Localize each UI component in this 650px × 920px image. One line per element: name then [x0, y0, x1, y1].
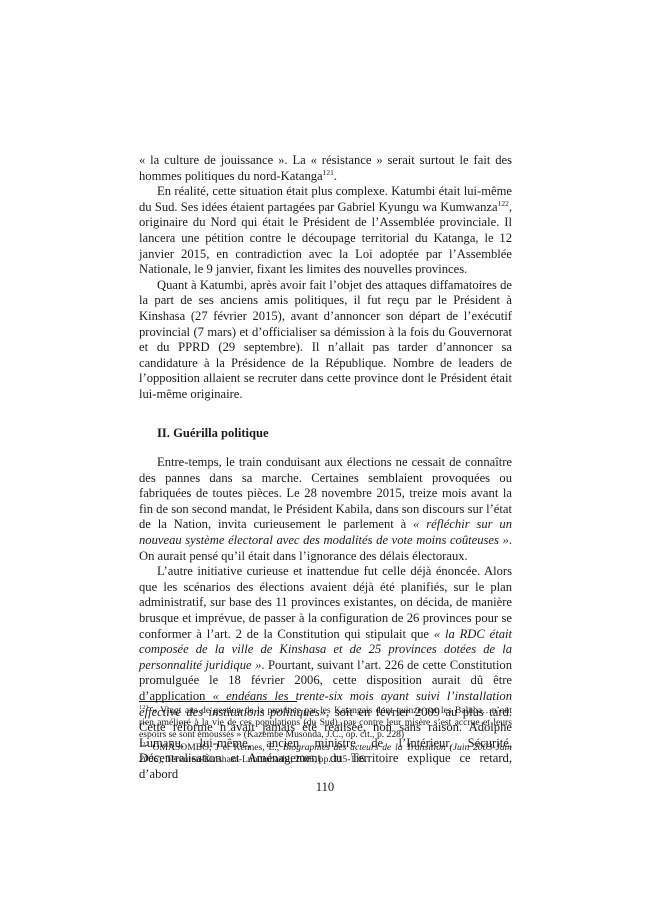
document-page: « la culture de jouissance ». La « résis… — [0, 0, 650, 920]
paragraph: Quant à Katumbi, après avoir fait l’obje… — [139, 278, 512, 403]
page-number: 110 — [0, 780, 650, 795]
paragraph: « la culture de jouissance ». La « résis… — [139, 153, 512, 184]
footnote-122: 122 OMASOMBO, J et Kennes, E., Biographi… — [139, 742, 512, 766]
section-heading: II. Guérilla politique — [139, 426, 512, 442]
paragraph: Entre-temps, le train conduisant aux éle… — [139, 455, 512, 564]
italic-quote: Biographies des acteurs de la Transition… — [139, 742, 512, 765]
footnote-121: 121 « Vingt ans de gestion de la provinc… — [139, 705, 512, 742]
spacer — [139, 403, 512, 426]
footnote-ref: 121 — [323, 168, 334, 177]
footnotes: 121 « Vingt ans de gestion de la provinc… — [139, 705, 512, 766]
italic-quote: « réfléchir sur un nouveau système élect… — [139, 517, 512, 547]
footnote-separator — [139, 701, 297, 702]
italic-quote: « la RDC était composée de la ville de K… — [139, 627, 512, 672]
body-text: « la culture de jouissance ». La « résis… — [139, 153, 512, 783]
spacer — [139, 441, 512, 455]
footnote-ref: 121 — [139, 704, 149, 711]
footnote-ref: 122 — [498, 199, 509, 208]
footnote-ref: 122 — [139, 741, 149, 748]
paragraph: En réalité, cette situation était plus c… — [139, 184, 512, 278]
